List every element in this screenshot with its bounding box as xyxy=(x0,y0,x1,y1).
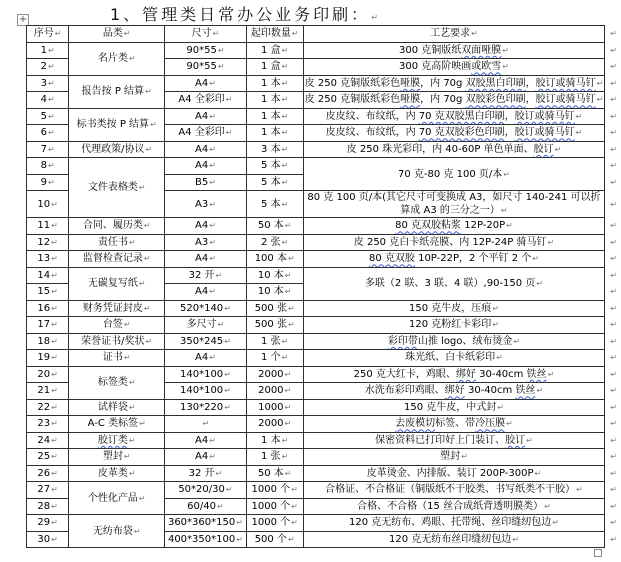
table-resize-handle[interactable] xyxy=(594,549,602,557)
cell-seq[interactable]: 15↵ xyxy=(27,284,69,301)
cell-end-mark: ↵ xyxy=(129,54,136,63)
cell-end-mark: ↵ xyxy=(501,206,508,215)
cell-process[interactable]: 150 克牛皮，中式封↵ xyxy=(303,399,605,416)
cell-seq[interactable]: 16↵ xyxy=(27,300,69,317)
cell-end-mark: ↵ xyxy=(532,254,539,263)
cell-process[interactable]: 120 克粉红卡彩印↵ xyxy=(303,317,605,334)
cell-end-mark: ↵ xyxy=(282,238,289,247)
row-end-mark: ↵ xyxy=(605,465,621,482)
row-end-mark-glyph: ↵ xyxy=(610,353,617,362)
cell-process[interactable]: 120 克无纺布丝印缝纫包边↵ xyxy=(303,531,605,548)
cell-seq[interactable]: 13↵ xyxy=(27,251,69,268)
cell-size[interactable]: 90*55↵ xyxy=(165,59,246,76)
cell-seq[interactable]: 11↵ xyxy=(27,218,69,235)
table-row: 20↵标签类↵140*100↵2000↵250 克大红卡，鸡眼、绑好 30-40… xyxy=(27,366,621,383)
cell-category[interactable]: 代理政策/协议↵ xyxy=(69,141,165,158)
cell-end-mark: ↵ xyxy=(497,403,504,412)
table-row: 16↵财务凭证封皮↵520*140↵500 张↵150 克牛皮，压痕↵↵ xyxy=(27,300,621,317)
proofing-underline: 70 克双胶彩色印刷 xyxy=(419,127,505,138)
cell-qty[interactable]: 1 本↵ xyxy=(246,125,303,142)
cell-end-mark: ↵ xyxy=(209,178,216,187)
doc-title[interactable]: 1、管理类日常办公业务印刷：↵ xyxy=(110,2,381,25)
header-qty[interactable]: 起印数量↵ xyxy=(246,26,303,43)
cell-seq[interactable]: 24↵ xyxy=(27,432,69,449)
cell-end-mark: ↵ xyxy=(597,79,604,88)
cell-size[interactable]: A4 全彩印↵ xyxy=(165,92,246,109)
cell-end-mark: ↵ xyxy=(139,494,146,503)
cell-size[interactable]: 60/40↵ xyxy=(165,498,246,515)
cell-end-mark: ↵ xyxy=(282,353,289,362)
cell-end-mark: ↵ xyxy=(51,271,58,280)
cell-seq[interactable]: 17↵ xyxy=(27,317,69,334)
cell-end-mark: ↵ xyxy=(503,170,510,179)
cell-category[interactable]: 责任书↵ xyxy=(69,234,165,251)
row-end-mark-glyph: ↵ xyxy=(610,46,617,55)
print-spec-table: 序号↵品类↵尺寸↵起印数量↵工艺要求↵↵ 1↵名片类↵90*55↵1 盒↵300… xyxy=(26,25,621,548)
cell-end-mark: ↵ xyxy=(285,287,292,296)
cell-end-mark: ↵ xyxy=(492,320,499,329)
cell-size[interactable]: 520*140↵ xyxy=(165,300,246,317)
cell-end-mark: ↵ xyxy=(51,287,58,296)
row-end-mark: ↵ xyxy=(605,108,621,125)
cell-end-mark: ↵ xyxy=(226,128,233,137)
cell-size[interactable]: 32 开↵ xyxy=(165,465,246,482)
cell-qty[interactable]: 50 本↵ xyxy=(246,465,303,482)
cell-end-mark: ↵ xyxy=(203,419,210,428)
cell-category[interactable]: 皮革类↵ xyxy=(69,465,165,482)
row-end-mark-glyph: ↵ xyxy=(610,337,617,346)
cell-qty[interactable]: 1000 个↵ xyxy=(246,498,303,515)
cell-category[interactable]: 证书↵ xyxy=(69,350,165,367)
row-end-mark: ↵ xyxy=(605,449,621,466)
cell-category[interactable]: 塑封↵ xyxy=(69,449,165,466)
cell-category[interactable]: 无碳复写纸↵ xyxy=(69,267,165,300)
cell-seq[interactable]: 28↵ xyxy=(27,498,69,515)
row-end-mark-glyph: ↵ xyxy=(610,145,617,154)
cell-category[interactable]: 名片类↵ xyxy=(69,42,165,75)
cell-qty[interactable]: 5 本↵ xyxy=(246,191,303,218)
row-end-mark: ↵ xyxy=(605,26,621,43)
cell-end-mark: ↵ xyxy=(218,46,225,55)
row-end-mark: ↵ xyxy=(605,498,621,515)
cell-process[interactable]: 皮皮纹、布纹纸，内 70 克双胶彩色印刷，胶订或骑马钉↵ xyxy=(303,125,605,142)
row-end-mark: ↵ xyxy=(605,141,621,158)
cell-category[interactable]: 财务凭证封皮↵ xyxy=(69,300,165,317)
cell-process[interactable]: 合格证、不合格证（铜版纸不干胶类、书写纸类不干胶）↵ xyxy=(303,482,605,499)
cell-end-mark: ↵ xyxy=(282,112,289,121)
proofing-underline: 去废模切 xyxy=(395,418,435,429)
cell-process[interactable]: 皮 250 克铜版纸彩色哑膜，内 70g 双胶彩色印刷，胶订或骑马钉↵ xyxy=(303,92,605,109)
cell-end-mark: ↵ xyxy=(139,183,146,192)
cell-qty[interactable]: 1 本↵ xyxy=(246,432,303,449)
cell-end-mark: ↵ xyxy=(124,29,131,38)
row-end-mark: ↵ xyxy=(605,317,621,334)
cell-size[interactable]: A4↵ xyxy=(165,158,246,175)
cell-size[interactable]: A4↵ xyxy=(165,108,246,125)
cell-process[interactable]: 皮皮纹、布纹纸，内 70 克双胶黑白印刷，胶订或骑马钉↵ xyxy=(303,108,605,125)
row-end-mark: ↵ xyxy=(605,350,621,367)
cell-end-mark: ↵ xyxy=(512,535,519,544)
cell-end-mark: ↵ xyxy=(282,62,289,71)
cell-end-mark: ↵ xyxy=(471,29,478,38)
proofing-underline: 双胶彩色印刷 xyxy=(466,94,526,105)
cell-category[interactable]: 个性化产品↵ xyxy=(69,482,165,515)
cell-category[interactable]: 试样袋↵ xyxy=(69,399,165,416)
table-row: 11↵合同、履历类↵A4↵50 本↵80 克双胶粘浆 12P-20P↵↵ xyxy=(27,218,621,235)
cell-end-mark: ↵ xyxy=(285,469,292,478)
cell-category[interactable]: 胶订类↵ xyxy=(69,432,165,449)
cell-end-mark: ↵ xyxy=(285,370,292,379)
cell-end-mark: ↵ xyxy=(124,452,131,461)
cell-qty[interactable]: 1 张↵ xyxy=(246,333,303,350)
cell-qty[interactable]: 2000↵ xyxy=(246,416,303,433)
cell-seq[interactable]: 27↵ xyxy=(27,482,69,499)
cell-process[interactable]: 塑封↵ xyxy=(303,449,605,466)
cell-end-mark: ↵ xyxy=(285,271,292,280)
cell-category[interactable]: 合同、履历类↵ xyxy=(69,218,165,235)
cell-size[interactable]: 130*220↵ xyxy=(165,399,246,416)
proofing-underline: 彩印带 xyxy=(388,336,418,347)
cell-qty[interactable]: 10 本↵ xyxy=(246,267,303,284)
cell-qty[interactable]: 10 本↵ xyxy=(246,284,303,301)
cell-size[interactable]: A4↵ xyxy=(165,284,246,301)
cell-size[interactable]: A4↵ xyxy=(165,141,246,158)
cell-qty[interactable]: 1 个↵ xyxy=(246,350,303,367)
cell-end-mark: ↵ xyxy=(536,279,543,288)
cell-end-mark: ↵ xyxy=(48,161,55,170)
cell-end-mark: ↵ xyxy=(224,386,231,395)
cell-seq[interactable]: 1↵ xyxy=(27,42,69,59)
row-end-mark-glyph: ↵ xyxy=(610,304,617,313)
cell-end-mark: ↵ xyxy=(555,145,562,154)
cell-end-mark: ↵ xyxy=(236,535,243,544)
document-page: 1、管理类日常办公业务印刷：↵ + 序号↵品类↵尺寸↵起印数量↵工艺要求↵↵ 1… xyxy=(0,0,621,562)
row-end-mark-glyph: ↵ xyxy=(610,436,617,445)
cell-size[interactable]: A3↵ xyxy=(165,234,246,251)
cell-process[interactable]: 80 克双胶粘浆 12P-20P↵ xyxy=(303,218,605,235)
cell-qty[interactable]: 1 本↵ xyxy=(246,75,303,92)
cell-end-mark: ↵ xyxy=(129,436,136,445)
row-end-mark: ↵ xyxy=(605,432,621,449)
cell-process[interactable]: 水洗布彩印鸡眼、绑好 30-40cm 铁丝↵ xyxy=(303,383,605,400)
cell-end-mark: ↵ xyxy=(209,200,216,209)
cell-qty[interactable]: 5 本↵ xyxy=(246,158,303,175)
cell-qty[interactable]: 1 本↵ xyxy=(246,108,303,125)
cell-process[interactable]: 300 克高阶映画或欧雪↵ xyxy=(303,59,605,76)
cell-size[interactable]: 140*100↵ xyxy=(165,383,246,400)
cell-qty[interactable]: 500 个↵ xyxy=(246,531,303,548)
cell-size[interactable]: ↵ xyxy=(165,416,246,433)
cell-end-mark: ↵ xyxy=(51,535,58,544)
cell-end-mark: ↵ xyxy=(285,419,292,428)
cell-process[interactable]: 多联（2 联、3 联、4 联）,90-150 页↵ xyxy=(303,267,605,300)
cell-end-mark: ↵ xyxy=(496,353,503,362)
cell-qty[interactable]: 1000 个↵ xyxy=(246,515,303,532)
proofing-underline: 胶订 xyxy=(505,435,525,446)
cell-size[interactable]: 90*55↵ xyxy=(165,42,246,59)
cell-end-mark: ↵ xyxy=(209,287,216,296)
cell-end-mark: ↵ xyxy=(51,337,58,346)
cell-end-mark: ↵ xyxy=(48,145,55,154)
cell-end-mark: ↵ xyxy=(144,304,151,313)
cell-qty[interactable]: 2000↵ xyxy=(246,366,303,383)
cell-category[interactable]: 标书类按 P 结算↵ xyxy=(69,108,165,141)
cell-end-mark: ↵ xyxy=(224,337,231,346)
cell-end-mark: ↵ xyxy=(48,128,55,137)
cell-end-mark: ↵ xyxy=(282,337,289,346)
cell-seq[interactable]: 20↵ xyxy=(27,366,69,383)
cell-end-mark: ↵ xyxy=(48,62,55,71)
cell-process[interactable]: 皮 250 克铜版纸彩色哑膜，内 70g 双胶黑白印刷，胶订或骑马钉↵ xyxy=(303,75,605,92)
cell-seq[interactable]: 22↵ xyxy=(27,399,69,416)
cell-qty[interactable]: 500 张↵ xyxy=(246,300,303,317)
table-row: 18↵荣誉证书/奖状↵350*245↵1 张↵彩印带山推 logo、绒布烫金↵↵ xyxy=(27,333,621,350)
cell-end-mark: ↵ xyxy=(134,527,141,536)
cell-end-mark: ↵ xyxy=(576,128,583,137)
cell-size[interactable]: 多尺寸↵ xyxy=(165,317,246,334)
cell-end-mark: ↵ xyxy=(209,79,216,88)
proofing-underline: 铁丝 xyxy=(527,369,547,380)
row-end-mark-glyph: ↵ xyxy=(610,128,617,137)
cell-process[interactable]: 去废模切标签、带冷压膜↵ xyxy=(303,416,605,433)
row-end-mark: ↵ xyxy=(605,125,621,142)
cell-seq[interactable]: 26↵ xyxy=(27,465,69,482)
row-end-mark-glyph: ↵ xyxy=(610,287,617,296)
cell-process[interactable]: 皮革烫金、内排版、装订 200P-300P↵ xyxy=(303,465,605,482)
proofing-underline: 胶订或骑马钉 xyxy=(536,78,596,89)
cell-size[interactable]: 50*20/30↵ xyxy=(165,482,246,499)
cell-seq[interactable]: 19↵ xyxy=(27,350,69,367)
proofing-underline: 冷压膜 xyxy=(475,418,505,429)
table-row: 25↵塑封↵A4↵1 张↵塑封↵↵ xyxy=(27,449,621,466)
cell-end-mark: ↵ xyxy=(209,238,216,247)
cell-category[interactable]: 报告按 P 结算↵ xyxy=(69,75,165,108)
cell-size[interactable]: A4↵ xyxy=(165,75,246,92)
table-row: 5↵标书类按 P 结算↵A4↵1 本↵皮皮纹、布纹纸，内 70 克双胶黑白印刷，… xyxy=(27,108,621,125)
table-row: 29↵无纺布袋↵360*360*150↵1000 个↵120 克无纺布、鸡眼、托… xyxy=(27,515,621,532)
cell-seq[interactable]: 6↵ xyxy=(27,125,69,142)
cell-process[interactable]: 皮 250 珠光彩印，内 40-60P 单色单面、胶订↵ xyxy=(303,141,605,158)
cell-process[interactable]: 珠光纸、白卡纸彩印↵ xyxy=(303,350,605,367)
cell-process[interactable]: 120 克无纺布、鸡眼、托带绳、丝印缝纫包边↵ xyxy=(303,515,605,532)
row-end-mark-glyph: ↵ xyxy=(610,403,617,412)
cell-size[interactable]: 32 开↵ xyxy=(165,267,246,284)
cell-end-mark: ↵ xyxy=(124,353,131,362)
cell-seq[interactable]: 23↵ xyxy=(27,416,69,433)
proofing-underline: 胶订或骑马钉 xyxy=(515,127,575,138)
row-end-mark-glyph: ↵ xyxy=(610,238,617,247)
cell-category[interactable]: 台签↵ xyxy=(69,317,165,334)
cell-end-mark: ↵ xyxy=(282,145,289,154)
cell-process[interactable]: 80 克 100 页/本(其它尺寸可变换成 A3，如尺寸 140-241 可以折… xyxy=(303,191,605,218)
cell-end-mark: ↵ xyxy=(51,304,58,313)
cell-seq[interactable]: 21↵ xyxy=(27,383,69,400)
row-end-mark-glyph: ↵ xyxy=(610,320,617,329)
cell-seq[interactable]: 2↵ xyxy=(27,59,69,76)
proofing-underline: 绑好 xyxy=(445,385,465,396)
cell-size[interactable]: A4↵ xyxy=(165,251,246,268)
cell-qty[interactable]: 1 本↵ xyxy=(246,92,303,109)
cell-seq[interactable]: 4↵ xyxy=(27,92,69,109)
cell-qty[interactable]: 1000↵ xyxy=(246,399,303,416)
row-end-mark: ↵ xyxy=(605,482,621,499)
cell-end-mark: ↵ xyxy=(224,370,231,379)
cell-seq[interactable]: 30↵ xyxy=(27,531,69,548)
cell-end-mark: ↵ xyxy=(285,221,292,230)
cell-process[interactable]: 合格、不合格（15 丝合成纸背透明膜类）↵ xyxy=(303,498,605,515)
row-end-mark: ↵ xyxy=(605,399,621,416)
cell-size[interactable]: 140*100↵ xyxy=(165,366,246,383)
cell-category[interactable]: 监督检查记录↵ xyxy=(69,251,165,268)
proofing-underline: 或欧雪 xyxy=(471,61,501,72)
header-process[interactable]: 工艺要求↵ xyxy=(303,26,605,43)
cell-process[interactable]: 70 克-80 克 100 页/本↵ xyxy=(303,158,605,191)
table-row: 24↵胶订类↵A4↵1 本↵保密资料已打印好上门装订、胶订↵↵ xyxy=(27,432,621,449)
cell-qty[interactable]: 1 盒↵ xyxy=(246,59,303,76)
cell-end-mark: ↵ xyxy=(144,254,151,263)
row-end-mark-glyph: ↵ xyxy=(610,29,617,38)
cell-end-mark: ↵ xyxy=(129,378,136,387)
cell-seq[interactable]: 25↵ xyxy=(27,449,69,466)
cell-qty[interactable]: 1 盒↵ xyxy=(246,42,303,59)
row-end-mark-glyph: ↵ xyxy=(610,419,617,428)
row-end-mark-glyph: ↵ xyxy=(610,221,617,230)
cell-end-mark: ↵ xyxy=(526,436,533,445)
table-row: 14↵无碳复写纸↵32 开↵10 本↵多联（2 联、3 联、4 联）,90-15… xyxy=(27,267,621,284)
cell-qty[interactable]: 50 本↵ xyxy=(246,218,303,235)
row-end-mark: ↵ xyxy=(605,42,621,59)
cell-end-mark: ↵ xyxy=(48,79,55,88)
doc-title-text: 1、管理类日常办公业务印刷： xyxy=(110,5,370,24)
cell-category[interactable]: 无纺布袋↵ xyxy=(69,515,165,548)
cell-size[interactable]: A4 全彩印↵ xyxy=(165,125,246,142)
cell-qty[interactable]: 2 张↵ xyxy=(246,234,303,251)
cell-seq[interactable]: 12↵ xyxy=(27,234,69,251)
cell-end-mark: ↵ xyxy=(282,161,289,170)
cell-end-mark: ↵ xyxy=(552,518,559,527)
cell-seq[interactable]: 10↵ xyxy=(27,191,69,218)
cell-qty[interactable]: 100 本↵ xyxy=(246,251,303,268)
cell-end-mark: ↵ xyxy=(124,320,131,329)
cell-process[interactable]: 300 克铜版纸双面哑膜↵ xyxy=(303,42,605,59)
cell-size[interactable]: A4↵ xyxy=(165,350,246,367)
cell-qty[interactable]: 500 张↵ xyxy=(246,317,303,334)
cell-end-mark: ↵ xyxy=(209,161,216,170)
cell-process[interactable]: 皮 250 克白卡纸亮膜、内 12P-24P 骑马钉↵ xyxy=(303,234,605,251)
cell-size[interactable]: A3↵ xyxy=(165,191,246,218)
cell-end-mark: ↵ xyxy=(51,518,58,527)
cell-qty[interactable]: 1 张↵ xyxy=(246,449,303,466)
cell-size[interactable]: A4↵ xyxy=(165,432,246,449)
row-end-mark-glyph: ↵ xyxy=(610,386,617,395)
row-end-mark-glyph: ↵ xyxy=(610,95,617,104)
cell-end-mark: ↵ xyxy=(535,469,542,478)
cell-process[interactable]: 保密资料已打印好上门装订、胶订↵ xyxy=(303,432,605,449)
cell-process[interactable]: 250 克大红卡，鸡眼、绑好 30-40cm 铁丝↵ xyxy=(303,366,605,383)
cell-seq[interactable]: 18↵ xyxy=(27,333,69,350)
cell-size[interactable]: 400*350*100↵ xyxy=(165,531,246,548)
cell-qty[interactable]: 1000 个↵ xyxy=(246,482,303,499)
cell-end-mark: ↵ xyxy=(146,145,153,154)
row-end-mark-glyph: ↵ xyxy=(610,370,617,379)
proofing-underline: 哑膜 xyxy=(400,94,420,105)
cell-seq[interactable]: 3↵ xyxy=(27,75,69,92)
cell-size[interactable]: A4↵ xyxy=(165,449,246,466)
cell-size[interactable]: 360*360*150↵ xyxy=(165,515,246,532)
cell-end-mark: ↵ xyxy=(209,112,216,121)
cell-seq[interactable]: 8↵ xyxy=(27,158,69,175)
cell-size[interactable]: A4↵ xyxy=(165,218,246,235)
cell-end-mark: ↵ xyxy=(150,120,157,129)
table-row: 3↵报告按 P 结算↵A4↵1 本↵皮 250 克铜版纸彩色哑膜，内 70g 双… xyxy=(27,75,621,92)
row-end-mark: ↵ xyxy=(605,191,621,218)
cell-end-mark: ↵ xyxy=(51,502,58,511)
cell-size[interactable]: B5↵ xyxy=(165,174,246,191)
cell-category[interactable]: 标签类↵ xyxy=(69,366,165,399)
cell-end-mark: ↵ xyxy=(51,200,58,209)
cell-size[interactable]: 350*245↵ xyxy=(165,333,246,350)
paragraph-mark: ↵ xyxy=(371,13,381,22)
table-row: 12↵责任书↵A3↵2 张↵皮 250 克白卡纸亮膜、内 12P-24P 骑马钉… xyxy=(27,234,621,251)
row-end-mark: ↵ xyxy=(605,218,621,235)
cell-category[interactable]: 荣誉证书/奖状↵ xyxy=(69,333,165,350)
cell-end-mark: ↵ xyxy=(209,353,216,362)
cell-end-mark: ↵ xyxy=(224,403,231,412)
row-end-mark: ↵ xyxy=(605,158,621,175)
cell-qty[interactable]: 5 本↵ xyxy=(246,174,303,191)
row-end-mark-glyph: ↵ xyxy=(610,178,617,187)
cell-category[interactable]: A-C 类标签↵ xyxy=(69,416,165,433)
header-category[interactable]: 品类↵ xyxy=(69,26,165,43)
row-end-mark: ↵ xyxy=(605,234,621,251)
cell-process[interactable]: 彩印带山推 logo、绒布烫金↵ xyxy=(303,333,605,350)
row-end-mark: ↵ xyxy=(605,416,621,433)
table-row: 23↵A-C 类标签↵↵2000↵去废模切标签、带冷压膜↵↵ xyxy=(27,416,621,433)
row-end-mark: ↵ xyxy=(605,383,621,400)
table-row: 22↵试样袋↵130*220↵1000↵150 克牛皮，中式封↵↵ xyxy=(27,399,621,416)
row-end-mark: ↵ xyxy=(605,251,621,268)
cell-end-mark: ↵ xyxy=(51,436,58,445)
cell-end-mark: ↵ xyxy=(51,353,58,362)
cell-end-mark: ↵ xyxy=(285,403,292,412)
row-end-mark-glyph: ↵ xyxy=(610,518,617,527)
cell-end-mark: ↵ xyxy=(282,436,289,445)
cell-process[interactable]: 150 克牛皮，压痕↵ xyxy=(303,300,605,317)
cell-seq[interactable]: 5↵ xyxy=(27,108,69,125)
cell-category[interactable]: 文件表格类↵ xyxy=(69,158,165,218)
cell-end-mark: ↵ xyxy=(48,178,55,187)
row-end-mark: ↵ xyxy=(605,174,621,191)
header-seq[interactable]: 序号↵ xyxy=(27,26,69,43)
cell-end-mark: ↵ xyxy=(145,87,152,96)
row-end-mark-glyph: ↵ xyxy=(610,112,617,121)
cell-seq[interactable]: 14↵ xyxy=(27,267,69,284)
cell-seq[interactable]: 7↵ xyxy=(27,141,69,158)
cell-seq[interactable]: 9↵ xyxy=(27,174,69,191)
table-body: 1↵名片类↵90*55↵1 盒↵300 克铜版纸双面哑膜↵↵2↵90*55↵1 … xyxy=(27,42,621,548)
cell-end-mark: ↵ xyxy=(282,95,289,104)
cell-end-mark: ↵ xyxy=(209,436,216,445)
cell-end-mark: ↵ xyxy=(282,79,289,88)
cell-process[interactable]: 80 克双胶 10P-22P，2 个平钉 2 个↵ xyxy=(303,251,605,268)
cell-end-mark: ↵ xyxy=(139,279,146,288)
cell-seq[interactable]: 29↵ xyxy=(27,515,69,532)
header-size[interactable]: 尺寸↵ xyxy=(165,26,246,43)
cell-qty[interactable]: 3 本↵ xyxy=(246,141,303,158)
cell-qty[interactable]: 2000↵ xyxy=(246,383,303,400)
cell-end-mark: ↵ xyxy=(461,452,468,461)
cell-end-mark: ↵ xyxy=(292,29,299,38)
